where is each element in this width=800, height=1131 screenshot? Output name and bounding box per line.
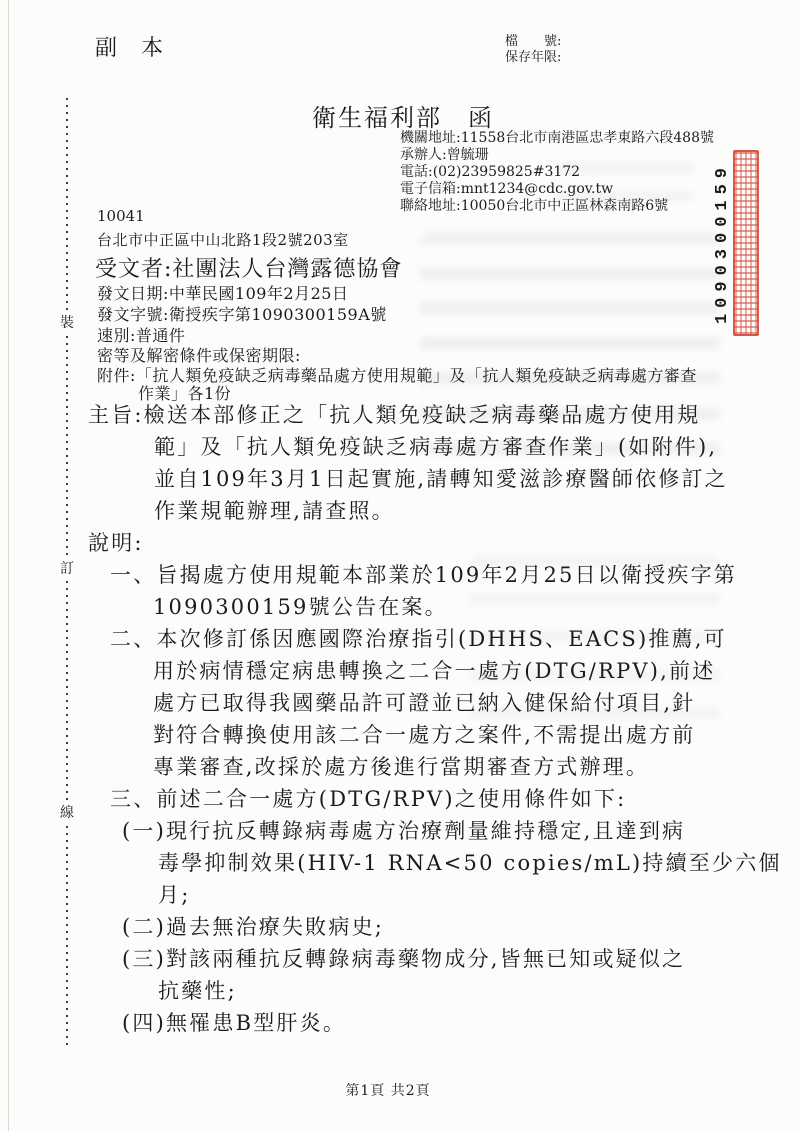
agency-contact-person: 承辦人:曾毓珊 (400, 147, 714, 164)
binding-char-xian: 線 (56, 804, 78, 822)
explanation-item-1-cont: 1090300159號公告在案。 (88, 591, 748, 623)
issue-date-line: 發文日期:中華民國109年2月25日 (97, 281, 348, 304)
explanation-item-2-cont: 專業審查,改採於處方後進行當期審查方式辦理。 (88, 751, 748, 783)
condition-item-1-cont: 毒學抑制效果(HIV-1 RNA<50 copies/mL)持續至少六個 (88, 847, 748, 879)
document-title: 衛生福利部 函 (312, 98, 494, 133)
binding-char-ding: 訂 (56, 560, 78, 578)
explanation-item-2: 二、本次修訂係因應國際治療指引(DHHS、EACS)推薦,可 (88, 623, 748, 655)
condition-item-4: (四)無罹患B型肝炎。 (88, 1007, 748, 1039)
explanation-label: 說明: (88, 527, 748, 559)
document-page: 副 本 檔 號: 保存年限: 衛生福利部 函 機關地址:11558台北市南港區忠… (0, 0, 800, 1131)
subject-line: 範」及「抗人類免疫缺乏病毒處方審查作業」(如附件), (88, 431, 748, 463)
binding-char-zhuang: 裝 (56, 314, 78, 332)
explanation-item-2-cont: 用於病情穩定病患轉換之二合一處方(DTG/RPV),前述 (88, 655, 748, 687)
file-number-label: 檔 號: (505, 34, 561, 50)
subject-line: 作業規範辦理,請查照。 (88, 495, 748, 527)
explanation-item-3: 三、前述二合一處方(DTG/RPV)之使用條件如下: (88, 783, 748, 815)
page-number-footer: 第1頁 共2頁 (0, 1080, 776, 1100)
scan-edge-line (8, 0, 9, 1131)
agency-contact-block: 機關地址:11558台北市南港區忠孝東路六段488號 承辦人:曾毓珊 電話:(0… (400, 130, 714, 215)
condition-item-2: (二)過去無治療失敗病史; (88, 911, 748, 943)
file-info-block: 檔 號: 保存年限: (505, 34, 561, 66)
subject-line: 並自109年3月1日起實施,請轉知愛滋診療醫師依修訂之 (88, 463, 748, 495)
condition-item-3: (三)對該兩種抗反轉錄病毒藥物成分,皆無已知或疑似之 (88, 943, 748, 975)
agency-phone: 電話:(02)23959825#3172 (400, 164, 714, 181)
recipient-line: 受文者:社團法人台灣露德協會 (95, 252, 402, 283)
stamp-serial-number: 1090300159 (713, 153, 733, 333)
explanation-item-1: 一、旨揭處方使用規範本部業於109年2月25日以衛授疾字第 (88, 559, 748, 591)
copy-label: 副 本 (95, 31, 164, 62)
explanation-item-2-cont: 處方已取得我國藥品許可證並已納入健保給付項目,針 (88, 687, 748, 719)
condition-item-3-cont: 抗藥性; (88, 975, 748, 1007)
condition-item-1: (一)現行抗反轉錄病毒處方治療劑量維持穩定,且達到病 (88, 815, 748, 847)
official-red-seal (733, 150, 759, 336)
subject-line: 主旨:檢送本部修正之「抗人類免疫缺乏病毒藥品處方使用規 (88, 399, 748, 431)
document-body: 主旨:檢送本部修正之「抗人類免疫缺乏病毒藥品處方使用規 範」及「抗人類免疫缺乏病… (88, 399, 748, 1039)
recipient-postal-code: 10041 (97, 207, 145, 225)
agency-email: 電子信箱:mnt1234@cdc.gov.tw (400, 181, 714, 198)
retention-period-label: 保存年限: (505, 50, 561, 66)
recipient-address: 台北市中正區中山北路1段2號203室 (97, 229, 349, 250)
explanation-item-2-cont: 對符合轉換使用該二合一處方之案件,不需提出處方前 (88, 719, 748, 751)
agency-mailing-address: 聯絡地址:10050台北市中正區林森南路6號 (400, 198, 714, 215)
agency-office-address: 機關地址:11558台北市南港區忠孝東路六段488號 (400, 130, 714, 147)
doc-number-line: 發文字號:衛授疾字第1090300159A號 (97, 302, 387, 325)
condition-item-1-cont: 月; (88, 879, 748, 911)
